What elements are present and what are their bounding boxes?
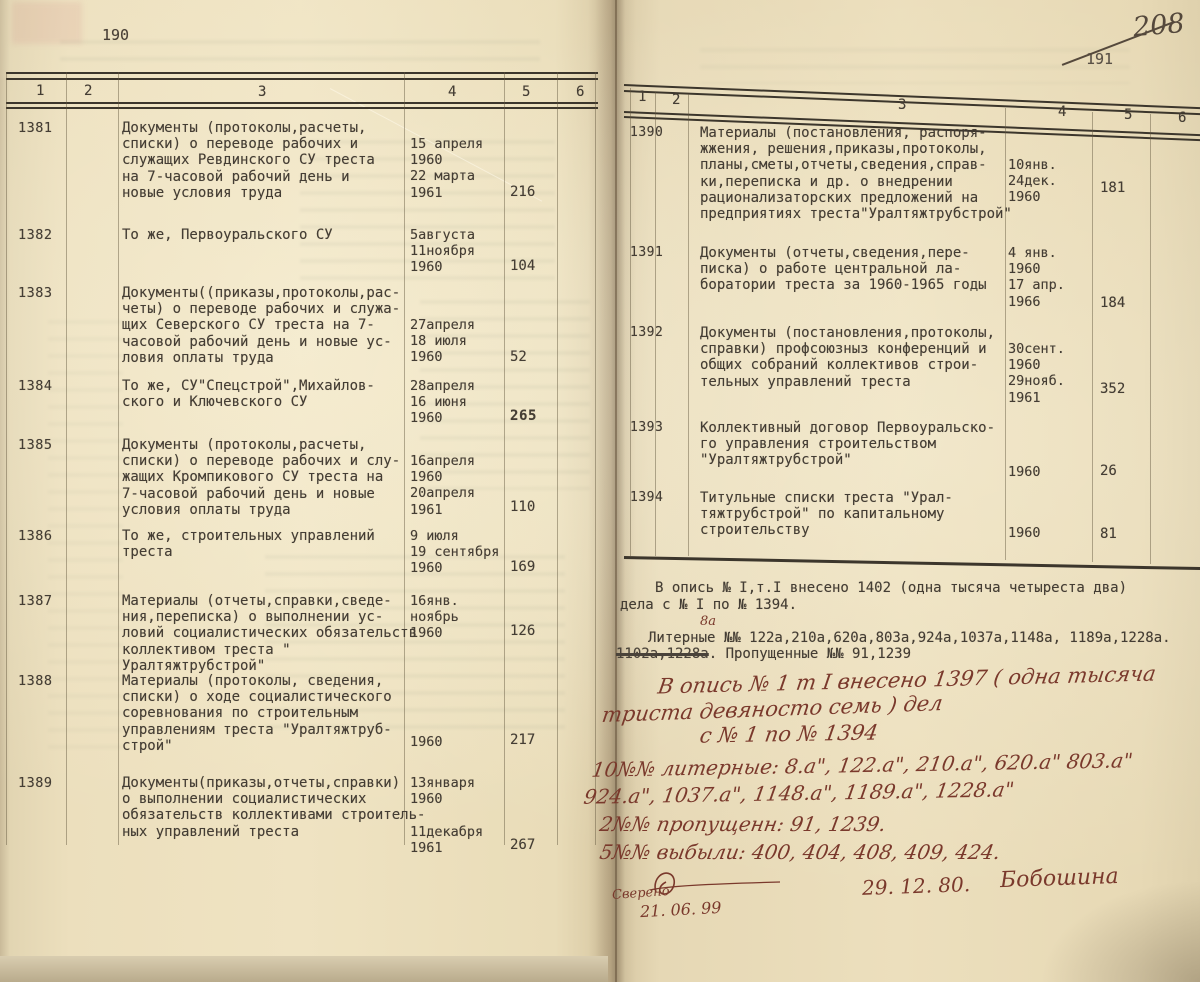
table-rule [1150,114,1151,564]
case-number: 1393 [630,420,663,435]
bleed-through-smudge [60,40,540,62]
table-rule [118,72,119,845]
case-number: 1389 [18,775,53,791]
table-rule [6,72,598,74]
table-rule [595,72,596,845]
case-description: Материалы (постановления, распоря- жжени… [700,125,1020,222]
bleed-through-smudge [700,48,1130,84]
table-rule [6,72,7,845]
entry-date: 29. 12. 80. [862,872,971,900]
faint-red-mark [12,2,82,44]
column-header: 1 [36,83,44,99]
table-rule [624,90,1200,115]
case-number: 1392 [630,325,663,340]
sheet-count: 104 [510,258,558,274]
sheet-count: 265 [510,408,558,424]
case-dates: 1960 [1008,525,1100,541]
handwritten-text: с № 1 по № 1394 [698,720,880,747]
summary-line-4-rest: . Пропущенные №№ 91,1239 [709,646,911,662]
sheet-count: 26 [1100,463,1148,479]
sheet-count: 181 [1100,180,1148,196]
case-number: 1386 [18,528,53,544]
handwritten-text: 2№№ пропущенн: 91, 1239. [598,812,888,836]
case-dates: 15 апреля 1960 22 марта 1961 [410,136,510,201]
column-header: 5 [1124,107,1132,123]
case-description: Документы (протоколы,расчеты, списки) о … [122,120,422,201]
summary-handwritten-insert: 8а [700,614,716,629]
case-dates: 16янв. ноябрь 1960 [410,593,510,642]
case-dates: 16апреля 1960 20апреля 1961 [410,453,510,518]
column-header: 2 [84,83,92,99]
checked-date: 21. 06. 99 [640,898,722,921]
signature-mark [648,866,788,900]
case-description: Титульные списки треста "Урал- тяжтрубст… [700,490,1020,539]
sheet-count: 81 [1100,526,1148,542]
summary-line-4: 1102а,1228а. Пропущенные №№ 91,1239 [616,646,911,662]
table-rule [6,78,598,80]
sheet-count: 110 [510,499,558,515]
sheet-count: 126 [510,623,558,639]
case-description: Документы (отчеты,сведения,пере- писка) … [700,245,1020,294]
column-header: 1 [638,89,646,105]
sheet-count: 352 [1100,381,1148,397]
table-rule [66,72,67,845]
summary-line-2: дела с № I по № 1394. [620,597,797,613]
column-header: 4 [1058,104,1066,120]
case-description: Документы (постановления,протоколы, спра… [700,325,1020,390]
handwritten-text: 10№№ литерные: 8.а", 122.а", 210.а", 620… [590,748,1134,782]
sheet-count: 216 [510,184,558,200]
column-header: 5 [522,84,530,100]
summary-line-3: Литерные №№ 122а,210а,620а,803а,924а,103… [648,630,1171,646]
handwritten-line: 5№№ выбыли: 400, 404, 408, 409, 424. [600,840,1000,864]
case-number: 1383 [18,285,53,301]
case-description: То же, СУ"Спецстрой",Михайлов- ского и К… [122,378,422,410]
column-header: 4 [448,84,456,100]
handwritten-line: 10№№ литерные: 8.а", 122.а", 210.а", 620… [592,748,1133,781]
table-rule [655,92,656,556]
case-description: Материалы (отчеты,справки,сведе- ния,пер… [122,593,432,674]
sheet-count: 169 [510,559,558,575]
case-dates: 28апреля 16 июня 1960 [410,378,510,427]
column-header: 2 [672,92,680,108]
entry-name: Бобошина [1000,864,1120,893]
page-edge-stack [0,956,608,982]
case-description: Материалы (протоколы, сведения, списки) … [122,673,422,754]
bleed-through-smudge [48,320,123,750]
case-dates: 1960 [1008,464,1100,480]
case-number: 1381 [18,120,53,136]
case-description: То же, строительных управлений треста [122,528,422,560]
left-page-number: 190 [102,26,129,44]
summary-line-1: В опись № I,т.I внесено 1402 (одна тысяч… [655,580,1127,596]
case-number: 1394 [630,490,663,505]
case-number: 1385 [18,437,53,453]
column-header: 6 [1178,110,1186,126]
handwritten-line: 2№№ пропущенн: 91, 1239. [600,812,886,836]
case-dates: 30сент. 1960 29нояб. 1961 [1008,341,1100,406]
sheet-count: 52 [510,349,558,365]
table-rule [6,107,598,109]
corner-shadow [1040,880,1200,982]
case-number: 1382 [18,227,53,243]
case-dates: 5августа 11ноября 1960 [410,227,510,276]
column-header: 3 [898,97,906,113]
case-dates: 1960 [410,734,510,750]
sheet-count: 267 [510,837,558,853]
table-rule [624,556,1200,570]
archival-inventory-scan: 190 1 2 3 4 5 6 1381 Документы (протокол… [0,0,1200,982]
case-dates: 4 янв. 1960 17 апр. 1966 [1008,245,1100,310]
case-number: 1390 [630,125,663,140]
case-description: Документы((приказы,протоколы,рас- четы) … [122,285,422,366]
table-rule [6,102,598,104]
table-rule [624,84,1200,109]
case-description: Документы(приказы,отчеты,справки) о выпо… [122,775,432,840]
table-rule [630,88,631,556]
case-dates: 27апреля 18 июля 1960 [410,317,510,366]
case-description: Коллективный договор Первоуральско- го у… [700,420,1020,469]
case-dates: 9 июля 19 сентября 1960 [410,528,510,577]
case-number: 1388 [18,673,53,689]
case-dates: 10янв. 24дек. 1960 [1008,157,1100,206]
sheet-count: 217 [510,732,558,748]
case-description: Документы (протоколы,расчеты, списки) о … [122,437,422,518]
sheet-count: 184 [1100,295,1148,311]
table-rule [688,94,689,556]
case-description: То же, Первоуральского СУ [122,227,422,243]
column-header: 6 [576,84,584,100]
handwritten-text: 924.а", 1037.а", 1148.а", 1189.а", 1228.… [582,777,1016,809]
column-header: 3 [258,84,266,100]
struck-text: 1102а,1228а [616,646,709,662]
handwritten-line: 924.а", 1037.а", 1148.а", 1189.а", 1228.… [584,777,1014,809]
case-number: 1384 [18,378,53,394]
case-number: 1387 [18,593,53,609]
handwritten-text: 5№№ выбыли: 400, 404, 408, 409, 424. [598,840,1002,864]
handwritten-line: с № 1 по № 1394 [700,720,878,747]
case-number: 1391 [630,245,663,260]
case-dates: 13января 1960 11декабря 1961 [410,775,510,856]
